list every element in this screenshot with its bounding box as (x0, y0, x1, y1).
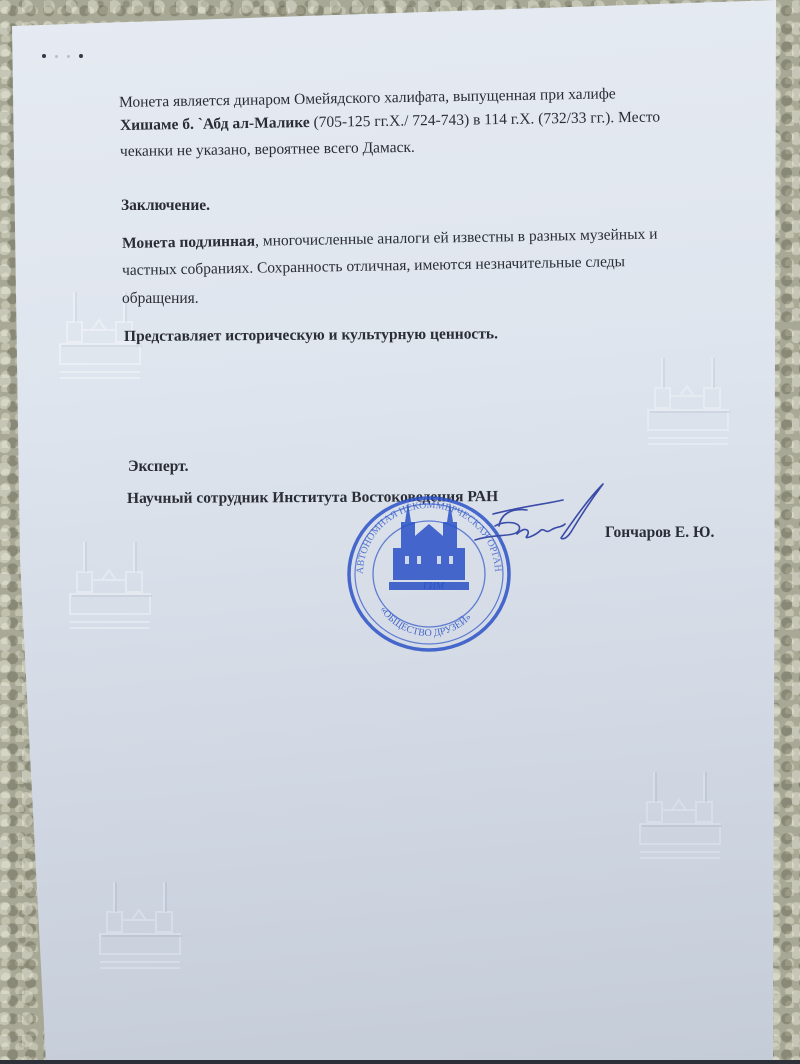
authenticity-verdict: Монета подлинная (122, 233, 255, 252)
stamp-center-label: ГИМ (422, 581, 445, 592)
bottom-edge (0, 1060, 800, 1064)
handwritten-signature (465, 478, 615, 568)
dot-icon (67, 55, 70, 58)
embossed-museum-icon (640, 348, 735, 448)
dot-icon (55, 55, 58, 58)
embossed-museum-icon (62, 532, 157, 632)
value-statement: Представляет историческую и культурную ц… (124, 325, 498, 346)
stamp-ring-text-bottom: «ОБЩЕСТВО ДРУЗЕЙ» (378, 605, 474, 640)
caliph-name: Хишаме б. `Абд ал-Малике (120, 114, 310, 134)
embossed-museum-icon (632, 762, 727, 862)
dot-icon (79, 54, 83, 58)
dot-icon (42, 54, 46, 58)
punch-dots (42, 54, 83, 58)
conclusion-heading: Заключение. (121, 197, 210, 215)
expert-name: Гончаров Е. Ю. (605, 524, 714, 542)
paragraph-2-line-3: обращения. (122, 290, 199, 308)
expert-label: Эксперт. (128, 458, 189, 476)
embossed-museum-icon (92, 872, 187, 972)
